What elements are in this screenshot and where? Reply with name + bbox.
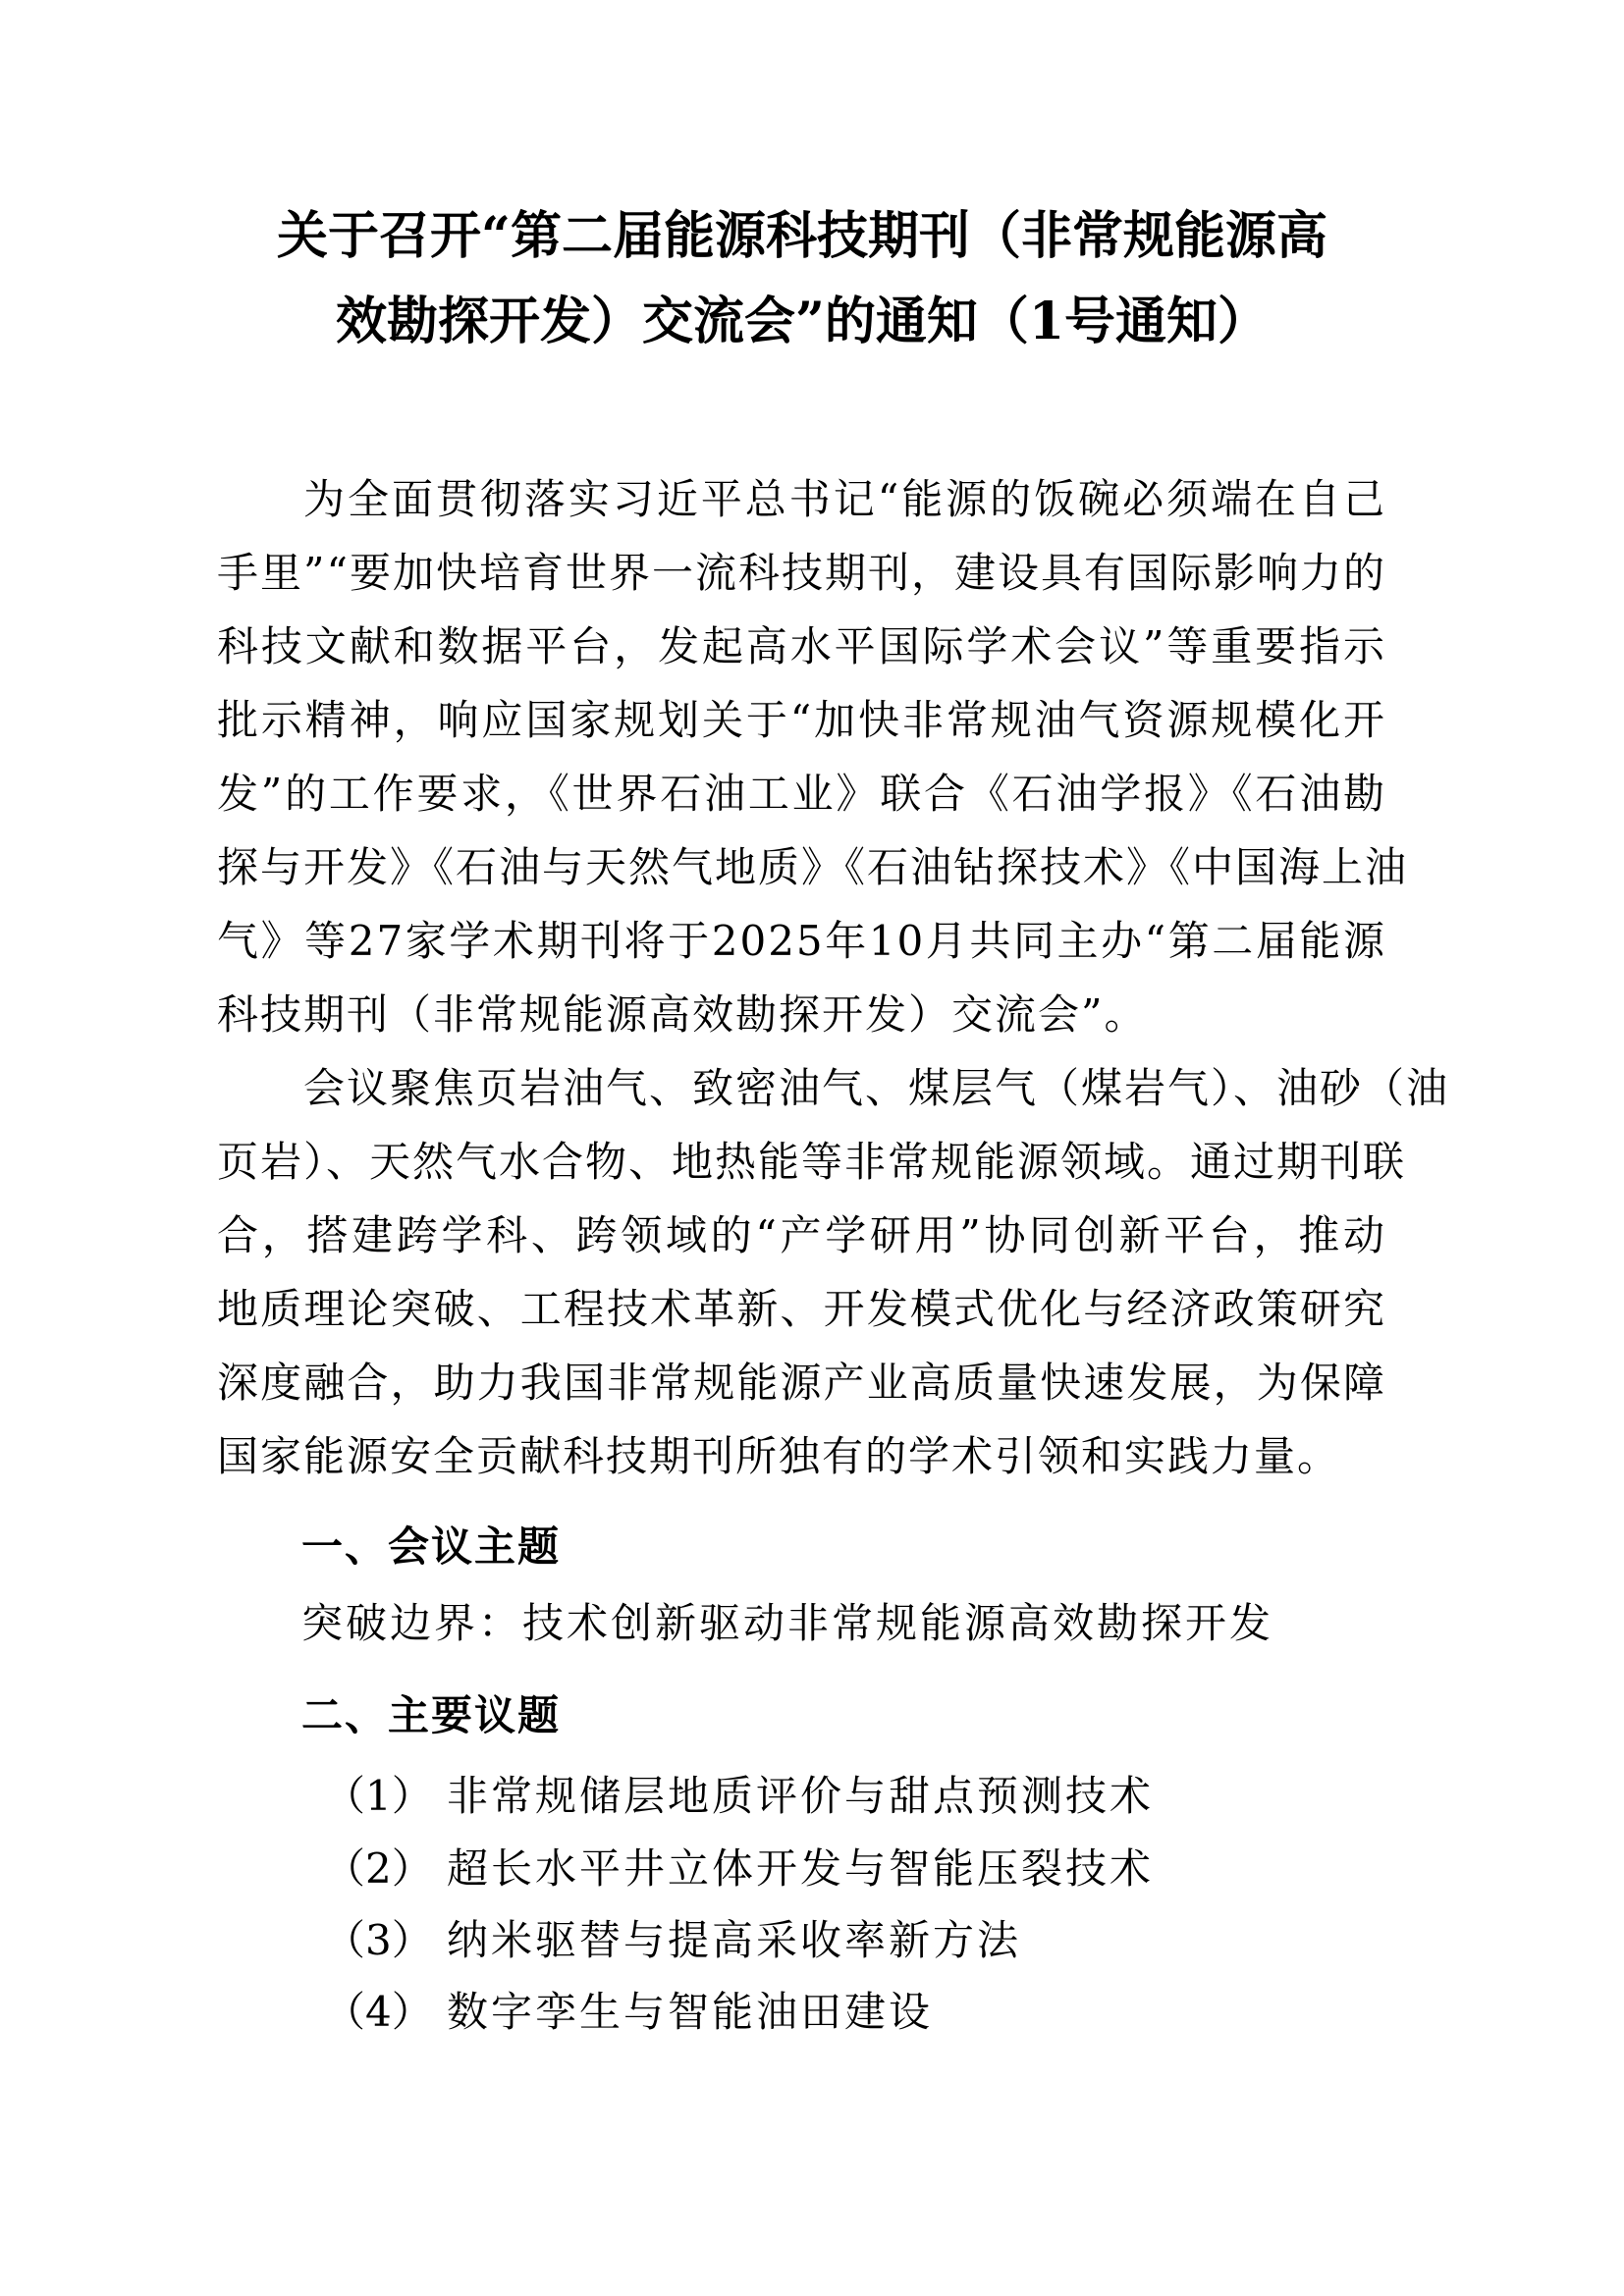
section-heading: 二、主要议题 bbox=[301, 1686, 561, 1745]
paragraph-line: 批示精神，响应国家规划关于“加快非常规油气资源规模化开 bbox=[217, 691, 1386, 750]
paragraph-line: 地质理论突破、工程技术革新、开发模式优化与经济政策研究 bbox=[217, 1280, 1386, 1339]
topic-number: （1） bbox=[324, 1767, 447, 1826]
topic-number: （3） bbox=[324, 1911, 447, 1970]
paragraph-line: 合，搭建跨学科、跨领域的“产学研用”协同创新平台，推动 bbox=[217, 1206, 1386, 1265]
topic-number: （4） bbox=[324, 1983, 447, 2042]
paragraph-line: 为全面贯彻落实习近平总书记“能源的饭碗必须端在自己 bbox=[303, 470, 1386, 529]
topic-text: 非常规储层地质评价与甜点预测技术 bbox=[447, 1772, 1154, 1820]
paragraph-line: 页岩）、天然气水合物、地热能等非常规能源领域。通过期刊联 bbox=[217, 1133, 1386, 1192]
topic-text: 数字孪生与智能油田建设 bbox=[447, 1988, 933, 2036]
document-title-line-2: 效勘探开发）交流会”的通知（1号通知） bbox=[0, 293, 1614, 351]
topic-text: 超长水平井立体开发与智能压裂技术 bbox=[447, 1844, 1154, 1893]
section-heading: 一、会议主题 bbox=[301, 1518, 561, 1576]
topic-text: 纳米驱替与提高采收率新方法 bbox=[447, 1916, 1021, 1964]
topic-item: （3）纳米驱替与提高采收率新方法 bbox=[324, 1911, 1021, 1970]
document-title-line-1: 关于召开“第二届能源科技期刊（非常规能源高 bbox=[0, 207, 1614, 266]
topic-item: （2）超长水平井立体开发与智能压裂技术 bbox=[324, 1840, 1154, 1898]
paragraph-line: 科技期刊（非常规能源高效勘探开发）交流会”。 bbox=[217, 986, 1386, 1044]
paragraph-line: 深度融合，助力我国非常规能源产业高质量快速发展，为保障 bbox=[217, 1354, 1386, 1413]
topic-item: （1）非常规储层地质评价与甜点预测技术 bbox=[324, 1767, 1154, 1826]
paragraph-line: 手里”“要加快培育世界一流科技期刊，建设具有国际影响力的 bbox=[217, 544, 1386, 603]
paragraph-line: 科技文献和数据平台，发起高水平国际学术会议”等重要指示 bbox=[217, 617, 1386, 676]
topic-number: （2） bbox=[324, 1840, 447, 1898]
paragraph-line: 会议聚焦页岩油气、致密油气、煤层气（煤岩气）、油砂（油 bbox=[303, 1059, 1386, 1118]
paragraph-line: 国家能源安全贡献科技期刊所独有的学术引领和实践力量。 bbox=[217, 1427, 1386, 1486]
topic-item: （4）数字孪生与智能油田建设 bbox=[324, 1983, 933, 2042]
paragraph-line: 发”的工作要求，《世界石油工业》联合《石油学报》《石油勘 bbox=[217, 765, 1386, 824]
paragraph-line: 气》等27家学术期刊将于2025年10月共同主办“第二届能源 bbox=[217, 912, 1386, 971]
meeting-theme-text: 突破边界：技术创新驱动非常规能源高效勘探开发 bbox=[301, 1594, 1273, 1653]
paragraph-line: 探与开发》《石油与天然气地质》《石油钻探技术》《中国海上油 bbox=[217, 838, 1386, 897]
